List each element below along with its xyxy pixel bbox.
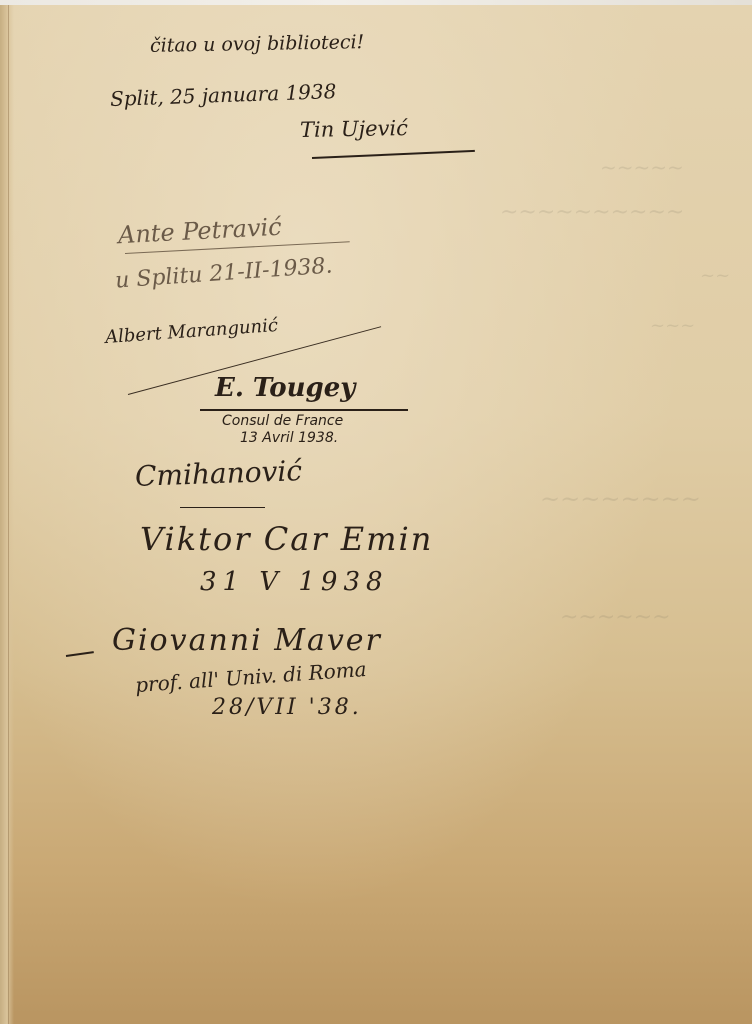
entry-ujevic-line-2: Split, 25 januara 1938 — [110, 79, 337, 111]
bleed-through-text: ​~~~~~~ — [560, 605, 671, 630]
guestbook-page: ​~~~~~ ​~~~~~~~~~~ ​~~ ​~~~ ​~~~~~~~~ ​~… — [0, 5, 752, 1024]
entry-consul-title: Consul de France — [222, 413, 343, 429]
bleed-through-text: ​~~~~~~~~~~ — [500, 200, 684, 225]
entry-consul-signature: E. Tougey — [215, 373, 355, 403]
entry-car-date: 31 V 1938 — [200, 567, 389, 597]
entry-ujevic-signature: Tin Ujević — [300, 116, 408, 142]
entry-consul-date: 13 Avril 1938. — [240, 430, 338, 446]
entry-maver-date: 28/VII '38. — [212, 695, 362, 720]
bleed-through-text: ​~~~~~~~~ — [540, 485, 701, 513]
signature-underline — [200, 409, 408, 411]
entry-ujevic-line-1: čitao u ovoj biblioteci! — [150, 31, 365, 57]
entry-maver-signature: Giovanni Maver — [112, 623, 382, 658]
entry-petravic-date: u Splitu 21-II-1938. — [114, 253, 333, 293]
bleed-through-text: ​~~~~~ — [600, 155, 684, 179]
signature-dash — [66, 651, 94, 657]
entry-marangunic-signature: Albert Marangunić — [104, 315, 278, 348]
entry-maver-affiliation: prof. all' Univ. di Roma — [134, 657, 367, 697]
bleed-through-text: ​~~~ — [650, 315, 695, 336]
entry-car-signature: Viktor Car Emin — [140, 520, 433, 558]
bleed-through-text: ​~~ — [700, 265, 730, 286]
signature-underline — [312, 150, 475, 159]
signature-underline — [180, 507, 265, 508]
entry-petravic-signature: Ante Petravić — [117, 213, 282, 250]
binding-edge — [8, 5, 9, 1024]
entry-mihanovic-signature: Cmihanović — [134, 454, 302, 493]
